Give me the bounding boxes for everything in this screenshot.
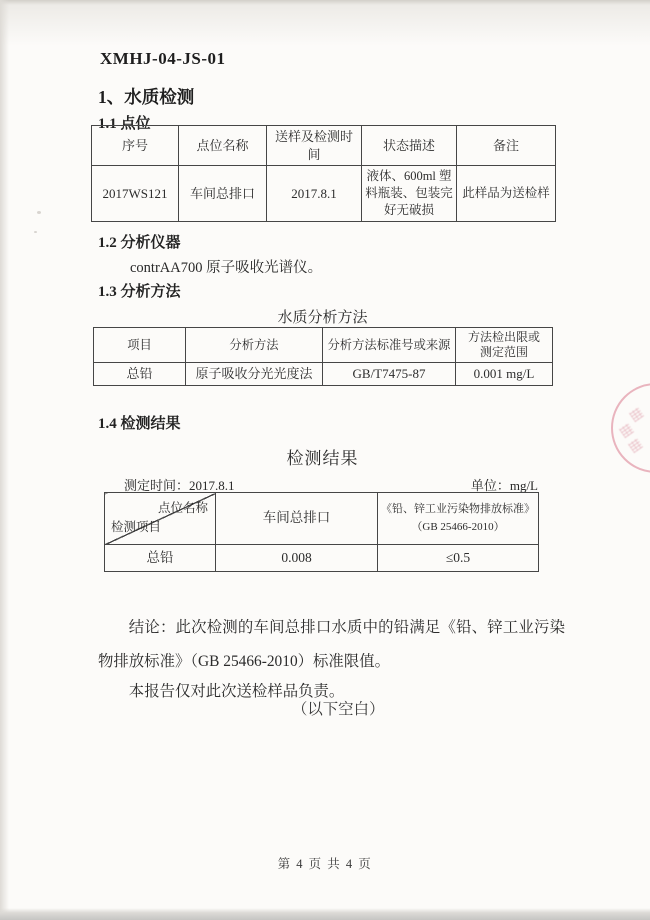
col-header-detection-limit: 方法检出限或 测定范围 (456, 328, 553, 363)
red-seal-partial (611, 383, 650, 473)
cell-item: 总铅 (94, 363, 186, 386)
col-header-remark: 备注 (457, 126, 556, 166)
cell-result-value: 0.008 (216, 545, 378, 572)
col-header-time: 送样及检测时间 (267, 126, 362, 166)
col-header-point-name: 点位名称 (179, 126, 267, 166)
table-row: 总铅 0.008 ≤0.5 (105, 545, 539, 572)
col-header-serial: 序号 (92, 126, 179, 166)
results-table-title: 检测结果 (93, 444, 552, 469)
page-number-footer: 第 4 页 共 4 页 (0, 854, 650, 872)
cell-method: 原子吸收分光光度法 (186, 363, 323, 386)
seal-character-smudge (629, 407, 644, 422)
scan-edge-bottom (0, 908, 650, 920)
subsection-heading-results: 1.4 检测结果 (98, 412, 181, 433)
cell-remark: 此样品为送检样 (457, 166, 556, 222)
diagonal-header-cell: 点位名称 检测项目 (105, 493, 216, 545)
cell-standard: GB/T7475-87 (323, 363, 456, 386)
cell-test-item: 总铅 (105, 545, 216, 572)
table-header-row: 项目 分析方法 分析方法标准号或来源 方法检出限或 测定范围 (94, 328, 553, 363)
scan-speck (34, 231, 37, 233)
table-row: 2017WS121 车间总排口 2017.8.1 液体、600ml 塑料瓶装、包… (92, 166, 556, 222)
analysis-methods-table: 项目 分析方法 分析方法标准号或来源 方法检出限或 测定范围 总铅 原子吸收分光… (93, 327, 553, 386)
corner-label-point-name: 点位名称 (158, 500, 208, 517)
subsection-heading-methods: 1.3 分析方法 (98, 280, 181, 301)
sampling-points-table: 序号 点位名称 送样及检测时间 状态描述 备注 2017WS121 车间总排口 … (91, 125, 556, 222)
document-code: XMHJ-04-JS-01 (100, 49, 225, 69)
section-heading-water-quality: 1、水质检测 (98, 84, 194, 109)
col-header-method: 分析方法 (186, 328, 323, 363)
scan-speck (37, 211, 41, 214)
seal-character-smudge (619, 423, 634, 438)
col-header-outlet: 车间总排口 (216, 493, 378, 545)
instrument-text: contrAA700 原子吸收光谱仪。 (130, 256, 322, 277)
col-header-status: 状态描述 (362, 126, 457, 166)
corner-label-test-item: 检测项目 (111, 519, 161, 536)
cell-point-name: 车间总排口 (179, 166, 267, 222)
subsection-heading-instrument: 1.2 分析仪器 (98, 231, 181, 252)
table-header-row: 序号 点位名称 送样及检测时间 状态描述 备注 (92, 126, 556, 166)
cell-serial: 2017WS121 (92, 166, 179, 222)
blank-below-note: （以下空白） (292, 697, 384, 719)
cell-detection-limit: 0.001 mg/L (456, 363, 553, 386)
scanned-report-page: XMHJ-04-JS-01 1、水质检测 1.1 点位 序号 点位名称 送样及检… (0, 0, 650, 920)
methods-table-title: 水质分析方法 (93, 306, 552, 327)
col-header-standard-limit: 《铅、锌工业污染物排放标准》 （GB 25466-2010） (378, 493, 539, 545)
cell-status: 液体、600ml 塑料瓶装、包装完好无破损 (362, 166, 457, 222)
table-row: 总铅 原子吸收分光光度法 GB/T7475-87 0.001 mg/L (94, 363, 553, 386)
scan-edge-top (0, 0, 650, 46)
scan-edge-left (0, 0, 9, 920)
conclusion-paragraph: 结论：此次检测的车间总排口水质中的铅满足《铅、锌工业污染物排放标准》（GB 25… (98, 611, 565, 679)
cell-time: 2017.8.1 (267, 166, 362, 222)
results-table: 点位名称 检测项目 车间总排口 《铅、锌工业污染物排放标准》 （GB 25466… (104, 492, 539, 572)
col-header-standard: 分析方法标准号或来源 (323, 328, 456, 363)
cell-limit-value: ≤0.5 (378, 545, 539, 572)
col-header-item: 项目 (94, 328, 186, 363)
seal-character-smudge (628, 438, 643, 453)
table-header-row: 点位名称 检测项目 车间总排口 《铅、锌工业污染物排放标准》 （GB 25466… (105, 493, 539, 545)
